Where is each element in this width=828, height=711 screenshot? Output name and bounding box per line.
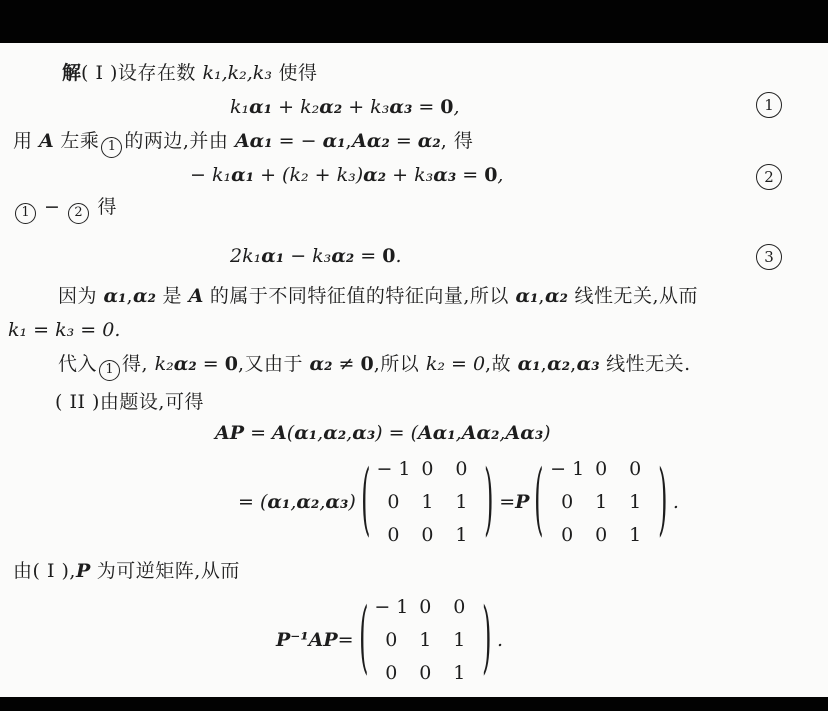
matrix-eq1-lhs: = (α₁,α₂,α₃) [238, 489, 356, 515]
text-run: . [497, 627, 503, 653]
text-run: + (k₂ + k₃) [254, 164, 363, 186]
matrix-2: (− 100011001) [532, 457, 669, 547]
equation-3-label: 3 [756, 244, 782, 270]
ap-expansion-line: AP = A(α₁,α₂,α₃) = (Aα₁,Aα₂,Aα₃) [215, 420, 551, 446]
matrix-grid: − 100011001 [370, 595, 480, 685]
text-run: 0 [440, 96, 453, 118]
bottom-black-bar [0, 697, 828, 711]
matrix-cell: 0 [550, 523, 584, 547]
text-run: A [272, 422, 287, 444]
text-run: . [673, 489, 679, 515]
text-run: , [497, 164, 503, 186]
text-run: k₂ [155, 353, 174, 375]
text-run: α₁ [231, 164, 254, 186]
matrix-eq1-mid: = P [499, 489, 529, 515]
text-run: + k₂ [272, 96, 319, 118]
matrix-equation-2: P⁻¹AP = (− 100011001) . [276, 590, 503, 690]
text-run: 是 [156, 285, 189, 307]
text-run: ,又由于 [238, 353, 310, 375]
matrix-cell: 1 [618, 490, 652, 514]
subtract-equations-line: 1 − 2 得 [13, 194, 117, 224]
matrix-cell: 0 [408, 661, 442, 685]
matrix-cell: 0 [618, 457, 652, 481]
circled-number: 2 [68, 203, 89, 224]
text-run: Aα₁ [235, 130, 273, 152]
text-run: k₁,k₂,k₃ [202, 62, 271, 84]
circled-number: 1 [101, 137, 122, 158]
text-run: α₂ [319, 96, 342, 118]
text-run: α₂ [133, 285, 156, 307]
text-run: α₃ [325, 489, 348, 515]
text-run: Aα₂ [352, 130, 390, 152]
matrix-cell: 0 [374, 661, 408, 685]
matrix-cell: 0 [444, 457, 478, 481]
text-run: 2k₁ [230, 245, 261, 267]
matrix-eq1-period: . [673, 489, 679, 515]
matrix-3: (− 100011001) [357, 595, 494, 685]
matrix-paren-left: ( [360, 468, 371, 536]
text-run: P⁻¹AP [276, 627, 338, 653]
substitute-conclusion-line: 代入1得, k₂α₂ = 0,又由于 α₂ ≠ 0,所以 k₂ = 0,故 α₁… [58, 351, 691, 381]
matrix-cell: 1 [618, 523, 652, 547]
equation-1-label: 1 [756, 92, 782, 118]
matrix-cell: − 1 [374, 595, 408, 619]
text-run: = [499, 489, 515, 515]
text-run: ,故 [485, 353, 518, 375]
matrix-cell: 1 [584, 490, 618, 514]
matrix-cell: 1 [410, 490, 444, 514]
text-run: 由( I ), [13, 560, 76, 582]
solution-intro-line: 解( I )设存在数 k₁,k₂,k₃ 使得 [62, 60, 317, 86]
text-run: 用 [13, 130, 39, 152]
eigenvector-independence-line: 因为 α₁,α₂ 是 A 的属于不同特征值的特征向量,所以 α₁,α₂ 线性无关… [58, 283, 698, 309]
matrix-paren-right: ) [482, 606, 493, 674]
text-run: = [412, 96, 440, 118]
text-run: ( II )由题设,可得 [55, 391, 204, 413]
matrix-cell: 0 [374, 628, 408, 652]
text-run: 左乘 [54, 130, 100, 152]
text-run: = [456, 164, 484, 186]
text-run: α₃ [352, 422, 375, 444]
matrix-cell: 0 [376, 523, 410, 547]
p-invertible-line: 由( I ),P 为可逆矩阵,从而 [13, 558, 240, 584]
equation-3: 2k₁α₁ − k₃α₂ = 0. [230, 243, 402, 269]
text-run: 0 [225, 353, 238, 375]
text-run: 的属于不同特征值的特征向量,所以 [203, 285, 515, 307]
text-run: α₁ [323, 130, 346, 152]
matrix-cell: 1 [442, 628, 476, 652]
text-run: α₂ [296, 489, 319, 515]
text-run: k₁ [230, 96, 249, 118]
matrix-cell: 0 [410, 457, 444, 481]
scanned-solution-page: 解( I )设存在数 k₁,k₂,k₃ 使得 k₁α₁ + k₂α₂ + k₃α… [0, 0, 828, 711]
text-run: α₁ [515, 285, 538, 307]
text-run: = [354, 245, 382, 267]
matrix-paren-right: ) [657, 468, 668, 536]
text-run: Aα₃ [505, 422, 543, 444]
text-run: ) [543, 422, 550, 444]
circled-number: 1 [15, 203, 36, 224]
text-run: 为可逆矩阵,从而 [90, 560, 240, 582]
matrix-cell: 0 [584, 523, 618, 547]
text-run: + k₃ [342, 96, 389, 118]
matrix-cell: 0 [584, 457, 618, 481]
text-run: ≠ [332, 353, 360, 375]
text-run: α₃ [389, 96, 412, 118]
matrix-cell: − 1 [550, 457, 584, 481]
text-run: α₂ [547, 353, 570, 375]
matrix-equation-1: = (α₁,α₂,α₃) (− 100011001) = P (− 100011… [238, 452, 679, 552]
text-run: 0 [484, 164, 497, 186]
equation-2-label: 2 [756, 164, 782, 190]
text-run: Aα₁ [418, 422, 456, 444]
text-run: 代入 [58, 353, 97, 375]
equation-2: − k₁α₁ + (k₂ + k₃)α₂ + k₃α₃ = 0, [190, 162, 503, 188]
matrix-cell: 0 [410, 523, 444, 547]
text-run: α₂ [331, 245, 354, 267]
text-run: P [76, 560, 90, 582]
text-run: α₂ [323, 422, 346, 444]
matrix-cell: 1 [408, 628, 442, 652]
text-run: 0 [382, 245, 395, 267]
matrix-paren-left: ( [534, 468, 545, 536]
text-run: = ( [238, 489, 267, 515]
text-run: α₂ [174, 353, 197, 375]
text-run: α₁ [267, 489, 290, 515]
matrix-cell: 0 [408, 595, 442, 619]
text-run: α₁ [104, 285, 127, 307]
text-run: , 得 [441, 130, 474, 152]
text-run: 因为 [58, 285, 104, 307]
text-run: 0 [360, 353, 373, 375]
part-two-intro-line: ( II )由题设,可得 [55, 389, 204, 415]
matrix-cell: 0 [550, 490, 584, 514]
text-run: + k₃ [386, 164, 433, 186]
text-run: α₂ [418, 130, 441, 152]
matrix-cell: − 1 [376, 457, 410, 481]
top-black-bar [0, 0, 828, 43]
text-run: α₂ [310, 353, 333, 375]
matrix-paren-right: ) [484, 468, 495, 536]
matrix-eq2-lhs: P⁻¹AP = [276, 627, 354, 653]
matrix-cell: 1 [444, 490, 478, 514]
text-run: = [197, 353, 225, 375]
matrix-1: (− 100011001) [359, 457, 496, 547]
text-run: α₁ [518, 353, 541, 375]
text-run: 得, [122, 353, 155, 375]
text-run: = − [273, 130, 323, 152]
matrix-cell: 0 [442, 595, 476, 619]
matrix-cell: 1 [444, 523, 478, 547]
text-run: = [390, 130, 418, 152]
equation-1: k₁α₁ + k₂α₂ + k₃α₃ = 0, [230, 94, 460, 120]
text-run: ) [348, 489, 355, 515]
text-run: 的两边,并由 [124, 130, 235, 152]
text-run: 线性无关,从而 [568, 285, 698, 307]
text-run: , [454, 96, 460, 118]
text-run: 解 [62, 62, 81, 84]
left-multiply-line: 用 A 左乘1的两边,并由 Aα₁ = − α₁,Aα₂ = α₂, 得 [13, 128, 473, 158]
text-run: A [189, 285, 204, 307]
k1-k3-zero-line: k₁ = k₃ = 0. [8, 317, 120, 343]
text-run: α₁ [294, 422, 317, 444]
matrix-cell: 1 [442, 661, 476, 685]
text-run: = [244, 422, 272, 444]
text-run: . [396, 245, 402, 267]
text-run: AP [215, 422, 244, 444]
text-run: = [338, 627, 354, 653]
text-run: − k₃ [284, 245, 331, 267]
text-run: k₁ = k₃ = 0. [8, 319, 120, 341]
text-run: 线性无关. [600, 353, 691, 375]
text-run: − [38, 196, 66, 218]
text-run: A [39, 130, 54, 152]
matrix-grid: − 100011001 [372, 457, 482, 547]
matrix-cell: 0 [376, 490, 410, 514]
text-run: 得 [91, 196, 117, 218]
text-run: α₃ [433, 164, 456, 186]
matrix-grid: − 100011001 [546, 457, 656, 547]
text-run: k₂ = 0 [426, 353, 485, 375]
text-run: − k₁ [190, 164, 231, 186]
text-run: α₁ [249, 96, 272, 118]
text-run: 使得 [272, 62, 318, 84]
text-run: P [515, 489, 529, 515]
matrix-eq2-period: . [497, 627, 503, 653]
text-run: ) = ( [375, 422, 418, 444]
text-run: ,所以 [374, 353, 426, 375]
text-run: Aα₂ [462, 422, 500, 444]
circled-number: 1 [99, 360, 120, 381]
text-run: α₂ [545, 285, 568, 307]
text-run: α₃ [577, 353, 600, 375]
text-run: α₂ [363, 164, 386, 186]
text-run: ( I )设存在数 [81, 62, 202, 84]
matrix-paren-left: ( [358, 606, 369, 674]
text-run: α₁ [261, 245, 284, 267]
